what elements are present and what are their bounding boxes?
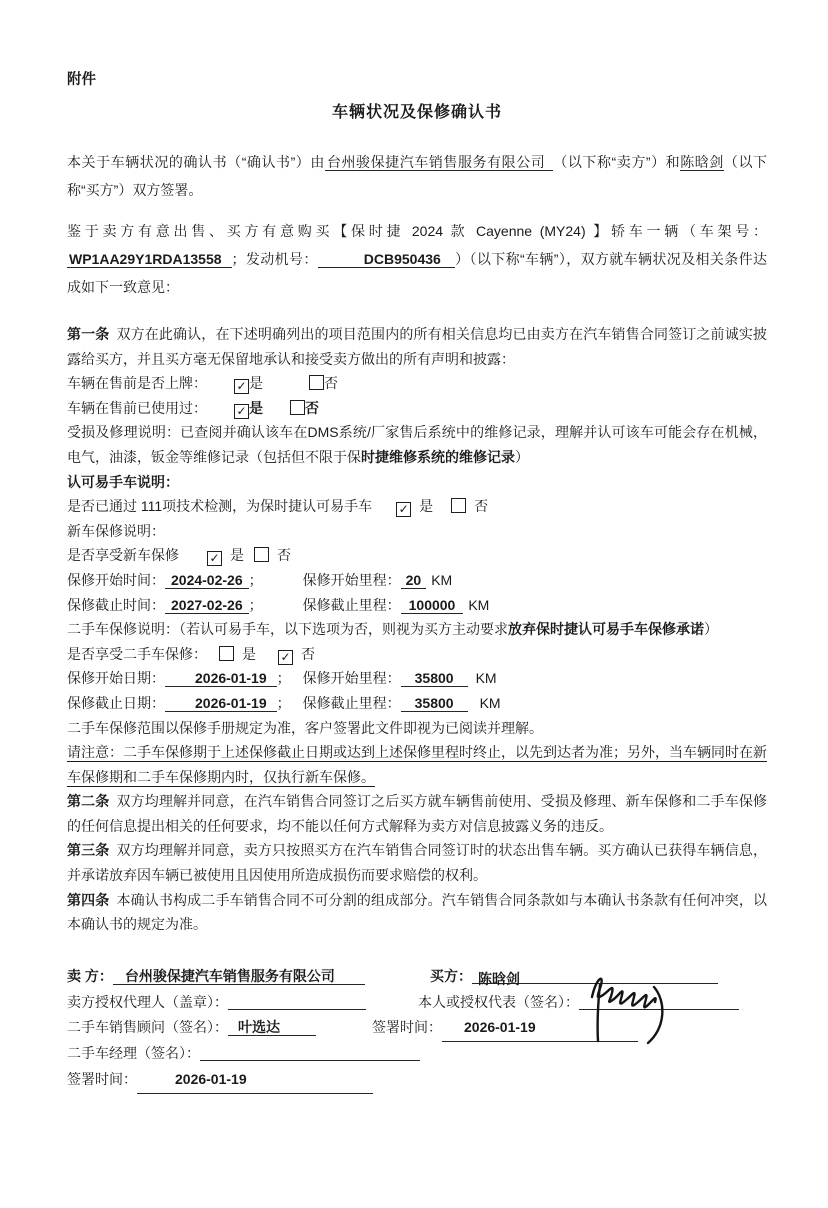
- damage-text-bold: 时捷维修系统的维修记录: [361, 449, 515, 465]
- clause-3-label: 第三条: [67, 842, 109, 858]
- buyer-rep-label: 本人或授权代表（签名）：: [418, 994, 579, 1010]
- clause-2: 第二条双方均理解并同意，在汽车销售合同签订之后买方就车辆售前使用、受损及修理、新…: [67, 789, 767, 838]
- new-warranty-heading: 新车保修说明：: [67, 519, 767, 544]
- tech-check-yes-label: 是: [419, 498, 433, 514]
- new-warranty-end-mileage: 100000: [401, 597, 464, 614]
- used-warranty-note: 二手车保修说明：（若认可易手车，以下选项为否，则视为买方主动要求放弃保时捷认可易…: [67, 617, 767, 642]
- km-unit: KM: [476, 670, 497, 686]
- consultant-label: 二手车销售顾问（签名）：: [67, 1019, 228, 1035]
- buyer-sign-date-label: 签署时间：: [372, 1019, 442, 1035]
- used-warranty-start-mileage: 35800: [401, 670, 468, 687]
- signature-section: 卖 方：台州骏保捷汽车销售服务有限公司 买方：陈晗剑 卖方授权代理人（盖章）： …: [67, 964, 767, 1094]
- clause-2-label: 第二条: [67, 793, 109, 809]
- buyer-field-label: 买方：: [430, 968, 472, 984]
- sig-row-seller-date: 签署时间：2026-01-19: [67, 1067, 767, 1094]
- clause-4-label: 第四条: [67, 892, 109, 908]
- check-icon: ✓: [399, 502, 409, 516]
- intro-paragraph: 本关于车辆状况的确认书（“确认书”）由台州骏保捷汽车销售服务有限公司（以下称“卖…: [67, 148, 767, 204]
- vehicle-text-1: 鉴于卖方有意出售、买方有意购买【保时捷 2024 款 Cayenne (MY24…: [67, 223, 767, 239]
- new-warranty-yes-label: 是: [230, 547, 244, 563]
- intro-text-2: （以下称“卖方”）和: [553, 154, 680, 170]
- manager-signature-line: [200, 1043, 420, 1061]
- sig-row-agent-rep: 卖方授权代理人（盖章）： 本人或授权代表（签名）：: [67, 990, 767, 1016]
- km-unit: KM: [468, 597, 489, 613]
- semicolon: ；: [277, 695, 291, 711]
- check-icon: ✓: [209, 551, 219, 565]
- used-warranty-note-2: ）: [704, 621, 718, 637]
- approved-used-heading: 认可易手车说明：: [67, 470, 767, 495]
- new-warranty-no-label: 否: [277, 547, 291, 563]
- buyer-rep-signature-line: [579, 992, 739, 1010]
- used-warranty-no-label: 否: [301, 646, 315, 662]
- vin-value: WP1AA29Y1RDA13558: [67, 251, 232, 268]
- used-warranty-enjoy-row: 是否享受二手车保修：是✓否: [67, 642, 767, 667]
- engine-number-value: DCB950436: [318, 251, 455, 268]
- sig-row-parties: 卖 方：台州骏保捷汽车销售服务有限公司 买方：陈晗剑: [67, 964, 767, 990]
- seller-sign-date-label: 签署时间：: [67, 1071, 137, 1087]
- warranty-notice: 请注意：二手车保修期于上述保修截止日期或达到上述保修里程时终止，以先到达者为准；…: [67, 740, 767, 789]
- seller-agent-signature-line: [228, 992, 366, 1010]
- plated-no-label: 否: [324, 375, 338, 391]
- new-warranty-end-row: 保修截止时间：2027-02-26；保修截止里程：100000KM: [67, 593, 767, 618]
- clause-1-text: 双方在此确认，在下述明确列出的项目范围内的所有相关信息均已由卖方在汽车销售合同签…: [67, 326, 767, 367]
- buyer-field-value: 陈晗剑: [472, 967, 718, 984]
- checkbox-checked-icon: ✓: [207, 551, 222, 566]
- new-warranty-end-date: 2027-02-26: [165, 597, 249, 614]
- checkbox-unchecked-icon: [219, 646, 234, 661]
- checkbox-checked-icon: ✓: [396, 502, 411, 517]
- used-warranty-note-bold: 放弃保时捷认可易手车保修承诺: [508, 621, 704, 637]
- used-warranty-start-row: 保修开始日期：2026-01-19；保修开始里程：35800KM: [67, 666, 767, 691]
- used-before-yes-label: 是: [249, 400, 263, 416]
- km-unit: KM: [431, 572, 452, 588]
- new-warranty-end-mileage-label: 保修截止里程：: [303, 597, 401, 613]
- semicolon: ；: [249, 572, 263, 588]
- used-warranty-scope: 二手车保修范围以保修手册规定为准，客户签署此文件即视为已阅读并理解。: [67, 716, 767, 741]
- checkbox-unchecked-icon: [309, 375, 324, 390]
- check-icon: ✓: [280, 650, 290, 664]
- checkbox-checked-icon: ✓: [234, 404, 249, 419]
- page-title: 车辆状况及保修确认书: [67, 102, 767, 124]
- used-before-no-label: 否: [305, 400, 319, 416]
- sig-row-manager: 二手车经理（签名）：: [67, 1041, 767, 1067]
- manager-label: 二手车经理（签名）：: [67, 1045, 200, 1061]
- damage-repair-note: 受损及修理说明：已查阅并确认该车在DMS系统/厂家售后系统中的维修记录，理解并认…: [67, 420, 767, 469]
- used-warranty-end-row: 保修截止日期：2026-01-19；保修截止里程：35800KM: [67, 691, 767, 716]
- used-warranty-start-mileage-label: 保修开始里程：: [303, 670, 401, 686]
- new-warranty-start-date: 2024-02-26: [165, 572, 249, 589]
- clause-4: 第四条本确认书构成二手车销售合同不可分割的组成部分。汽车销售合同条款如与本确认书…: [67, 888, 767, 937]
- check-icon: ✓: [236, 404, 246, 418]
- damage-text-2: ）: [515, 449, 529, 465]
- sig-row-consultant-date: 二手车销售顾问（签名）：叶选达 签署时间：2026-01-19: [67, 1015, 767, 1041]
- tech-check-row: 是否已通过 111项技术检测，为保时捷认可易手车✓是否: [67, 494, 767, 519]
- checkbox-unchecked-icon: [290, 400, 305, 415]
- buyer-sign-date-field: 签署时间：2026-01-19: [372, 1015, 638, 1042]
- checkbox-unchecked-icon: [254, 547, 269, 562]
- clause-3-text: 双方均理解并同意，卖方只按照买方在汽车销售合同签订时的状态出售车辆。买方确认已获…: [67, 842, 767, 883]
- buyer-rep-field: 本人或授权代表（签名）：: [418, 990, 739, 1016]
- intro-text-1: 本关于车辆状况的确认书（“确认书”）由: [67, 154, 325, 170]
- new-warranty-start-mileage: 20: [401, 572, 427, 589]
- used-before-row: 车辆在售前已使用过：✓是否: [67, 396, 767, 421]
- clause-4-text: 本确认书构成二手车销售合同不可分割的组成部分。汽车销售合同条款如与本确认书条款有…: [67, 892, 767, 933]
- used-warranty-enjoy-label: 是否享受二手车保修：: [67, 646, 207, 662]
- clause-3: 第三条双方均理解并同意，卖方只按照买方在汽车销售合同签订时的状态出售车辆。买方确…: [67, 838, 767, 887]
- seller-field-label: 卖 方：: [67, 968, 113, 984]
- used-before-label: 车辆在售前已使用过：: [67, 400, 207, 416]
- used-warranty-yes-label: 是: [242, 646, 256, 662]
- tech-check-label: 是否已通过 111项技术检测，为保时捷认可易手车: [67, 498, 372, 514]
- semicolon: ；: [249, 597, 263, 613]
- consultant-value: 叶选达: [228, 1019, 316, 1036]
- used-warranty-end-mileage: 35800: [401, 695, 468, 712]
- seller-agent-label: 卖方授权代理人（盖章）：: [67, 994, 228, 1010]
- clause-1: 第一条双方在此确认，在下述明确列出的项目范围内的所有相关信息均已由卖方在汽车销售…: [67, 322, 767, 371]
- check-icon: ✓: [236, 379, 246, 393]
- document-content: 附件 车辆状况及保修确认书 本关于车辆状况的确认书（“确认书”）由台州骏保捷汽车…: [67, 70, 767, 1094]
- used-warranty-end-mileage-label: 保修截止里程：: [303, 695, 401, 711]
- buyer-name: 陈晗剑: [680, 154, 724, 171]
- new-warranty-start-row: 保修开始时间：2024-02-26；保修开始里程：20KM: [67, 568, 767, 593]
- new-warranty-enjoy-label: 是否享受新车保修: [67, 547, 179, 563]
- new-warranty-start-label: 保修开始时间：: [67, 572, 165, 588]
- km-unit: KM: [480, 695, 501, 711]
- buyer-field: 买方：陈晗剑: [430, 964, 718, 990]
- seller-company-name: 台州骏保捷汽车销售服务有限公司: [325, 154, 553, 171]
- plated-row: 车辆在售前是否上牌：✓是否: [67, 371, 767, 396]
- buyer-sign-date-value: 2026-01-19: [442, 1015, 638, 1042]
- seller-sign-date-value: 2026-01-19: [137, 1067, 373, 1094]
- plated-label: 车辆在售前是否上牌：: [67, 375, 207, 391]
- semicolon: ；: [277, 670, 291, 686]
- checkbox-checked-icon: ✓: [278, 650, 293, 665]
- used-warranty-end-label: 保修截止日期：: [67, 695, 165, 711]
- document-page: 附件 车辆状况及保修确认书 本关于车辆状况的确认书（“确认书”）由台州骏保捷汽车…: [0, 0, 828, 1208]
- new-warranty-start-mileage-label: 保修开始里程：: [303, 572, 401, 588]
- used-warranty-end-date: 2026-01-19: [165, 695, 277, 712]
- checkbox-unchecked-icon: [451, 498, 466, 513]
- new-warranty-enjoy-row: 是否享受新车保修✓是否: [67, 543, 767, 568]
- used-warranty-start-label: 保修开始日期：: [67, 670, 165, 686]
- seller-field-value: 台州骏保捷汽车销售服务有限公司: [113, 968, 365, 985]
- clause-2-text: 双方均理解并同意，在汽车销售合同签订之后买方就车辆售前使用、受损及修理、新车保修…: [67, 793, 767, 834]
- checkbox-checked-icon: ✓: [234, 379, 249, 394]
- used-warranty-note-1: 二手车保修说明：（若认可易手车，以下选项为否，则视为买方主动要求: [67, 621, 508, 637]
- used-warranty-start-date: 2026-01-19: [165, 670, 277, 687]
- tech-check-no-label: 否: [474, 498, 488, 514]
- vehicle-paragraph: 鉴于卖方有意出售、买方有意购买【保时捷 2024 款 Cayenne (MY24…: [67, 217, 767, 301]
- attachment-label: 附件: [67, 70, 767, 90]
- plated-yes-label: 是: [249, 375, 263, 391]
- clause-1-label: 第一条: [67, 326, 109, 342]
- new-warranty-end-label: 保修截止时间：: [67, 597, 165, 613]
- vehicle-text-2: ；发动机号：: [232, 251, 318, 267]
